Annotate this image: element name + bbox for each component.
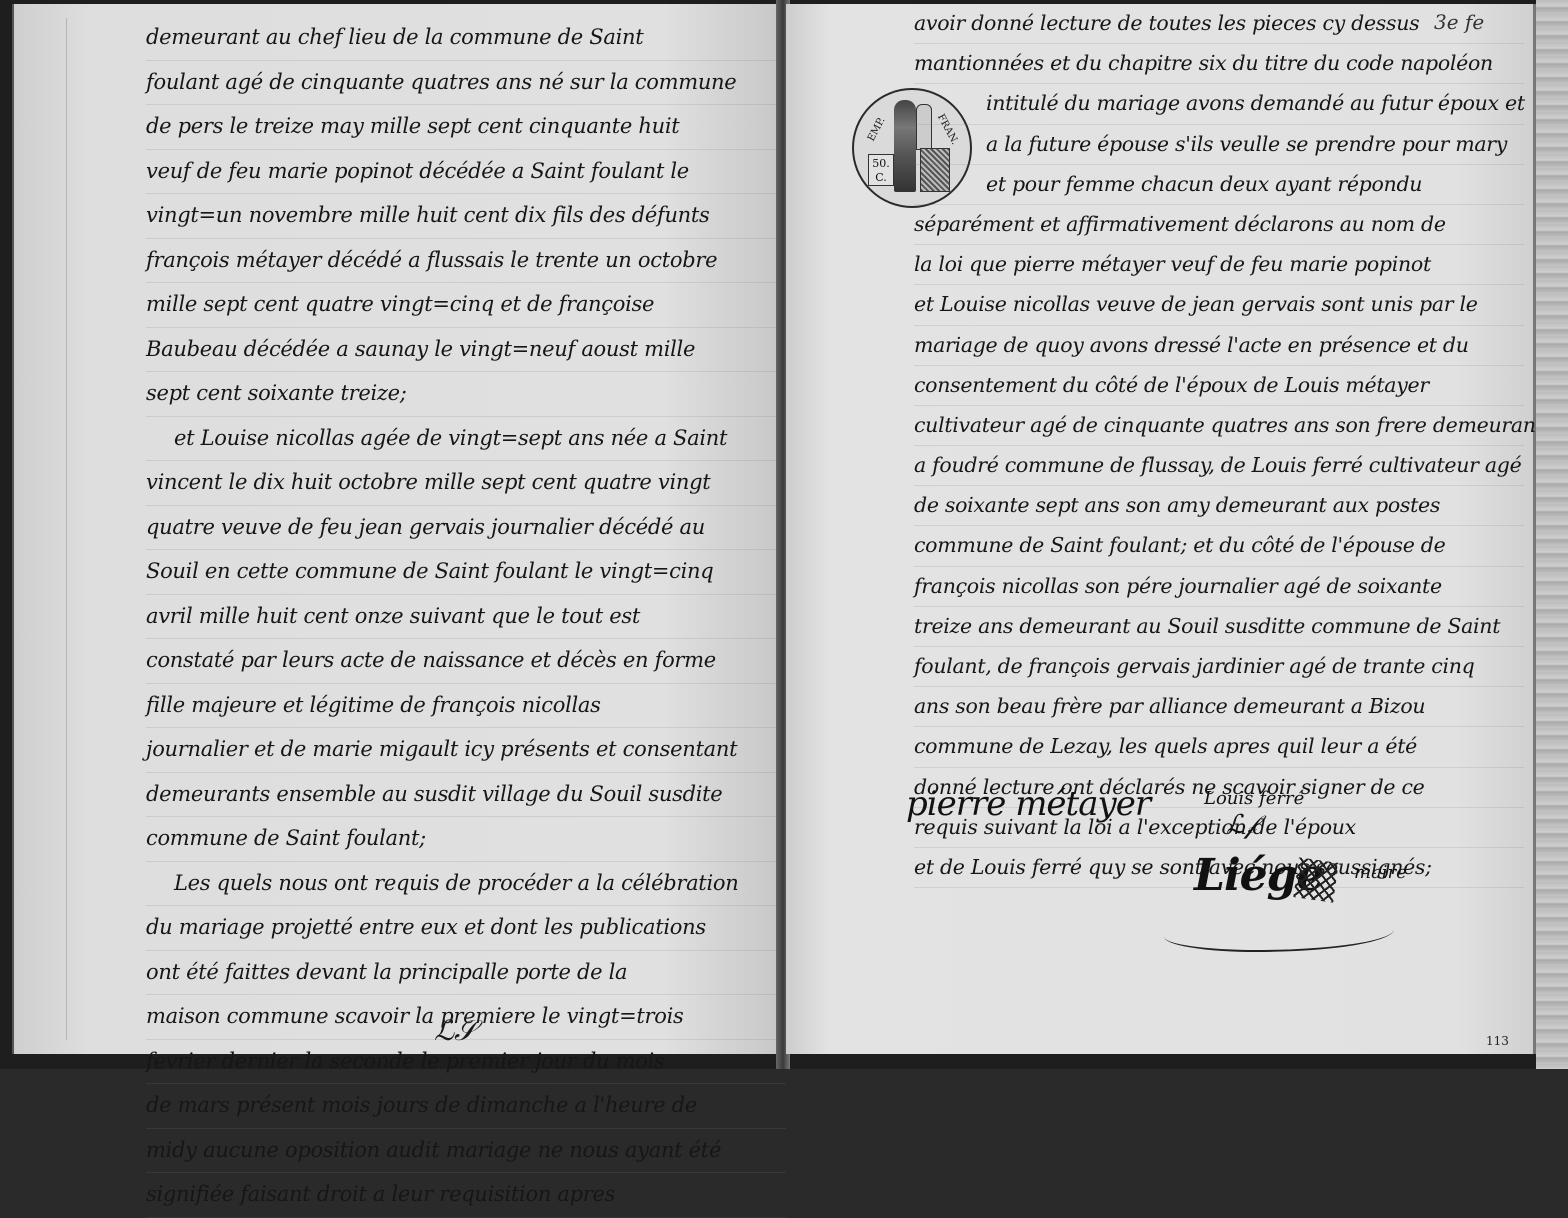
left-page-text: demeurant au chef lieu de la commune de …	[146, 16, 786, 1069]
left-page: demeurant au chef lieu de la commune de …	[12, 4, 782, 1054]
scanned-register-spread: demeurant au chef lieu de la commune de …	[0, 0, 1568, 1069]
text-line: françois nicollas son pére journalier ag…	[914, 567, 1524, 607]
text-line: vincent le dix huit octobre mille sept c…	[146, 461, 786, 506]
text-line: commune de Saint foulant; et du côté de …	[914, 526, 1524, 566]
mayor-title: maire	[1354, 862, 1407, 883]
text-line: avril mille huit cent onze suivant que l…	[146, 595, 786, 640]
stamp-value-unit: C.	[869, 171, 893, 185]
mayor-paraph-hatch-icon	[1293, 857, 1338, 902]
text-line: du mariage projetté entre eux et dont le…	[146, 906, 786, 951]
text-line: et Louise nicollas agée de vingt=sept an…	[146, 417, 786, 462]
text-line: françois métayer décédé a flussais le tr…	[146, 239, 786, 284]
stamp-value-amount: 50.	[869, 157, 893, 171]
text-line: la loi que pierre métayer veuf de feu ma…	[914, 245, 1524, 285]
text-line: demeurant au chef lieu de la commune de …	[146, 16, 786, 61]
stamp-text-left: EMP.	[866, 116, 888, 144]
text-line: de pers le treize may mille sept cent ci…	[146, 105, 786, 150]
signature-witness-flourish: ℒ𝒻	[1226, 810, 1256, 841]
text-line: fille majeure et légitime de françois ni…	[146, 684, 786, 729]
text-line: veuf de feu marie popinot décédée a Sain…	[146, 150, 786, 195]
text-line: foulant, de françois gervais jardinier a…	[914, 647, 1524, 687]
text-line: vingt=un novembre mille huit cent dix fi…	[146, 194, 786, 239]
text-line: mariage de quoy avons dressé l'acte en p…	[914, 326, 1524, 366]
text-line: mille sept cent quatre vingt=cinq et de …	[146, 283, 786, 328]
text-line: et Louise nicollas veuve de jean gervais…	[914, 285, 1524, 325]
mayor-signature-underline	[1164, 914, 1394, 952]
text-line: ans son beau frère par alliance demeuran…	[914, 687, 1524, 727]
text-line: sept cent soixante treize;	[146, 372, 786, 417]
text-line: commune de Saint foulant;	[146, 817, 786, 862]
text-line: demeurants ensemble au susdit village du…	[146, 773, 786, 818]
text-line: commune de Lezay, les quels apres quil l…	[914, 727, 1524, 767]
text-line: Souil en cette commune de Saint foulant …	[146, 550, 786, 595]
text-line: journalier et de marie migault icy prése…	[146, 728, 786, 773]
text-line: cultivateur agé de cinquante quatres ans…	[914, 406, 1524, 446]
stamp-value: 50. C.	[868, 154, 894, 186]
text-line: consentement du côté de l'époux de Louis…	[914, 366, 1524, 406]
text-line: Baubeau décédée a saunay le vingt=neuf a…	[146, 328, 786, 373]
text-line: séparément et affirmativement déclarons …	[914, 205, 1524, 245]
text-line: et pour femme chacun deux ayant répondu	[914, 165, 1524, 205]
text-line: avoir donné lecture de toutes les pieces…	[914, 4, 1524, 44]
signature-witness: Louis ferré	[1204, 788, 1304, 809]
text-line: de soixante sept ans son amy demeurant a…	[914, 486, 1524, 526]
right-page-text: avoir donné lecture de toutes les pieces…	[914, 4, 1524, 888]
page-number: 113	[1486, 1034, 1509, 1048]
text-line: treize ans demeurant au Souil susditte c…	[914, 607, 1524, 647]
text-line: quatre veuve de feu jean gervais journal…	[146, 506, 786, 551]
catchword-flourish: ℒ𝒮	[434, 1014, 476, 1048]
text-line: Les quels nous ont requis de procéder a …	[146, 862, 786, 907]
page-edges	[1536, 0, 1568, 1069]
text-line: intitulé du mariage avons demandé au fut…	[914, 84, 1524, 124]
text-line: constaté par leurs acte de naissance et …	[146, 639, 786, 684]
text-line: a la future épouse s'ils veulle se prend…	[914, 125, 1524, 165]
text-line: a foudré commune de flussay, de Louis fe…	[914, 446, 1524, 486]
text-line: foulant agé de cinquante quatres ans né …	[146, 61, 786, 106]
right-page: 3e fe EMP. FRAN. 50. C. avoir donné lect…	[786, 4, 1536, 1054]
signature-groom: pierre métayer	[906, 784, 1150, 824]
text-line: mantionnées et du chapitre six du titre …	[914, 44, 1524, 84]
stamp-justice-figure-icon	[894, 100, 916, 192]
text-line: ont été faittes devant la principalle po…	[146, 951, 786, 996]
left-margin-rule	[66, 18, 67, 1040]
